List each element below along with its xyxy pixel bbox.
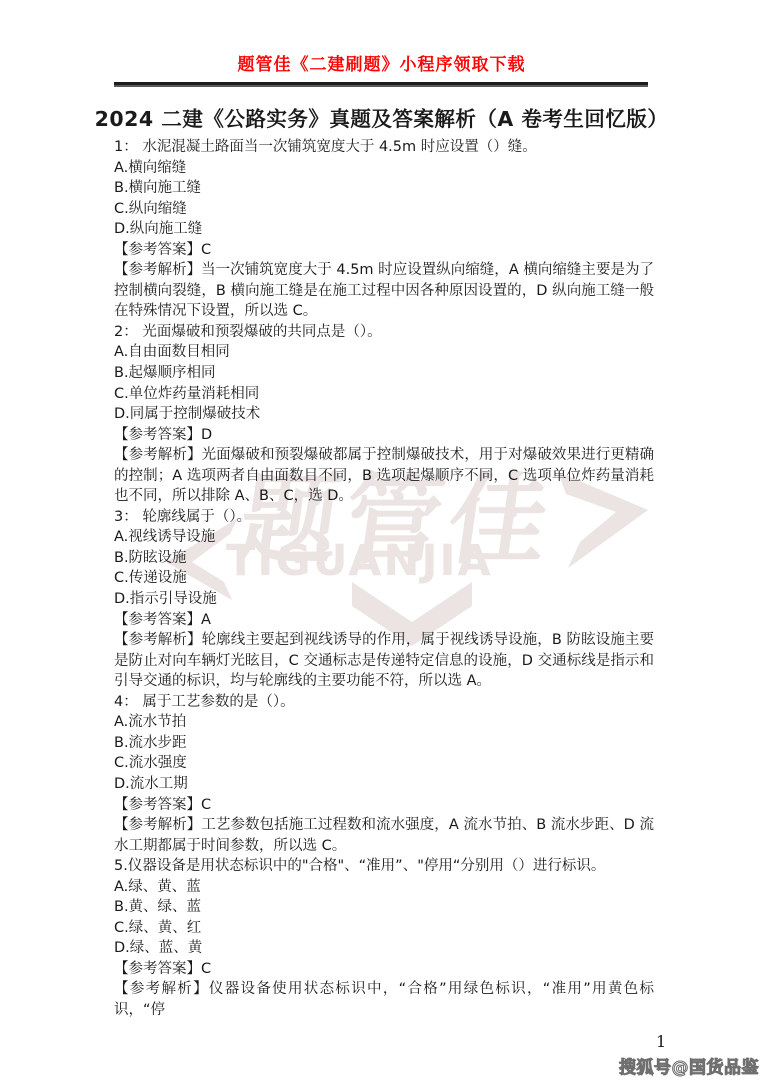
answer-line: 【参考答案】C [114,240,654,261]
option-d: D.流水工期 [114,774,654,795]
option-b: B.防眩设施 [114,548,654,569]
option-c: C.绿、黄、红 [114,918,654,939]
option-a: A.绿、黄、蓝 [114,877,654,898]
question-stem: 1： 水泥混凝土路面当一次铺筑宽度大于 4.5m 时应设置（）缝。 [114,137,654,158]
option-c: C.传递设施 [114,568,654,589]
sohu-watermark: 搜狐号@国货品鉴 [619,1053,759,1078]
option-a: A.自由面数目相同 [114,342,654,363]
option-a: A.视线诱导设施 [114,527,654,548]
question-stem: 4： 属于工艺参数的是（）。 [114,692,654,713]
option-b: B.横向施工缝 [114,178,654,199]
question-block: 1： 水泥混凝土路面当一次铺筑宽度大于 4.5m 时应设置（）缝。 A.横向缩缝… [114,137,654,322]
question-stem: 2： 光面爆破和预裂爆破的共同点是（）。 [114,322,654,343]
explanation: 【参考解析】仪器设备使用状态标识中，“合格”用绿色标识，“准用”用黄色标识，“停 [114,979,654,1020]
option-c: C.流水强度 [114,753,654,774]
option-d: D.纵向施工缝 [114,219,654,240]
explanation: 【参考解析】轮廓线主要起到视线诱导的作用，属于视线诱导设施，B 防眩设施主要是防… [114,630,654,692]
answer-line: 【参考答案】A [114,610,654,631]
question-block: 4： 属于工艺参数的是（）。 A.流水节拍 B.流水步距 C.流水强度 D.流水… [114,692,654,856]
answer-line: 【参考答案】C [114,959,654,980]
explanation: 【参考解析】工艺参数包括施工过程数和流水强度，A 流水节拍、B 流水步距、D 流… [114,815,654,856]
question-stem: 3： 轮廓线属于（）。 [114,507,654,528]
explanation: 【参考解析】当一次铺筑宽度大于 4.5m 时应设置纵向缩缝，A 横向缩缝主要是为… [114,260,654,322]
promo-link-text: 题管佳《二建刷题》小程序领取下载 [238,55,526,75]
option-a: A.横向缩缝 [114,158,654,179]
question-block: 2： 光面爆破和预裂爆破的共同点是（）。 A.自由面数目相同 B.起爆顺序相同 … [114,322,654,507]
explanation: 【参考解析】光面爆破和预裂爆破都属于控制爆破技术，用于对爆破效果进行更精确的控制… [114,445,654,507]
option-a: A.流水节拍 [114,712,654,733]
promo-header: 题管佳《二建刷题》小程序领取下载 [0,0,763,75]
option-d: D.同属于控制爆破技术 [114,404,654,425]
page-title: 2024 二建《公路实务》真题及答案解析（A 卷考生回忆版） [0,102,763,132]
option-c: C.纵向缩缝 [114,199,654,220]
option-d: D.指示引导设施 [114,589,654,610]
questions-body: 1： 水泥混凝土路面当一次铺筑宽度大于 4.5m 时应设置（）缝。 A.横向缩缝… [114,137,654,1021]
option-d: D.绿、蓝、黄 [114,938,654,959]
header-divider [114,82,648,87]
question-block: 5.仪器设备是用状态标识中的"合格"、“准用”、"停用“分别用（）进行标识。 A… [114,856,654,1020]
option-b: B.流水步距 [114,733,654,754]
option-b: B.黄、绿、蓝 [114,897,654,918]
question-stem: 5.仪器设备是用状态标识中的"合格"、“准用”、"停用“分别用（）进行标识。 [114,856,654,877]
option-c: C.单位炸药量消耗相同 [114,384,654,405]
page-number: 1 [656,1032,666,1051]
option-b: B.起爆顺序相同 [114,363,654,384]
question-block: 3： 轮廓线属于（）。 A.视线诱导设施 B.防眩设施 C.传递设施 D.指示引… [114,507,654,692]
answer-line: 【参考答案】D [114,425,654,446]
answer-line: 【参考答案】C [114,795,654,816]
